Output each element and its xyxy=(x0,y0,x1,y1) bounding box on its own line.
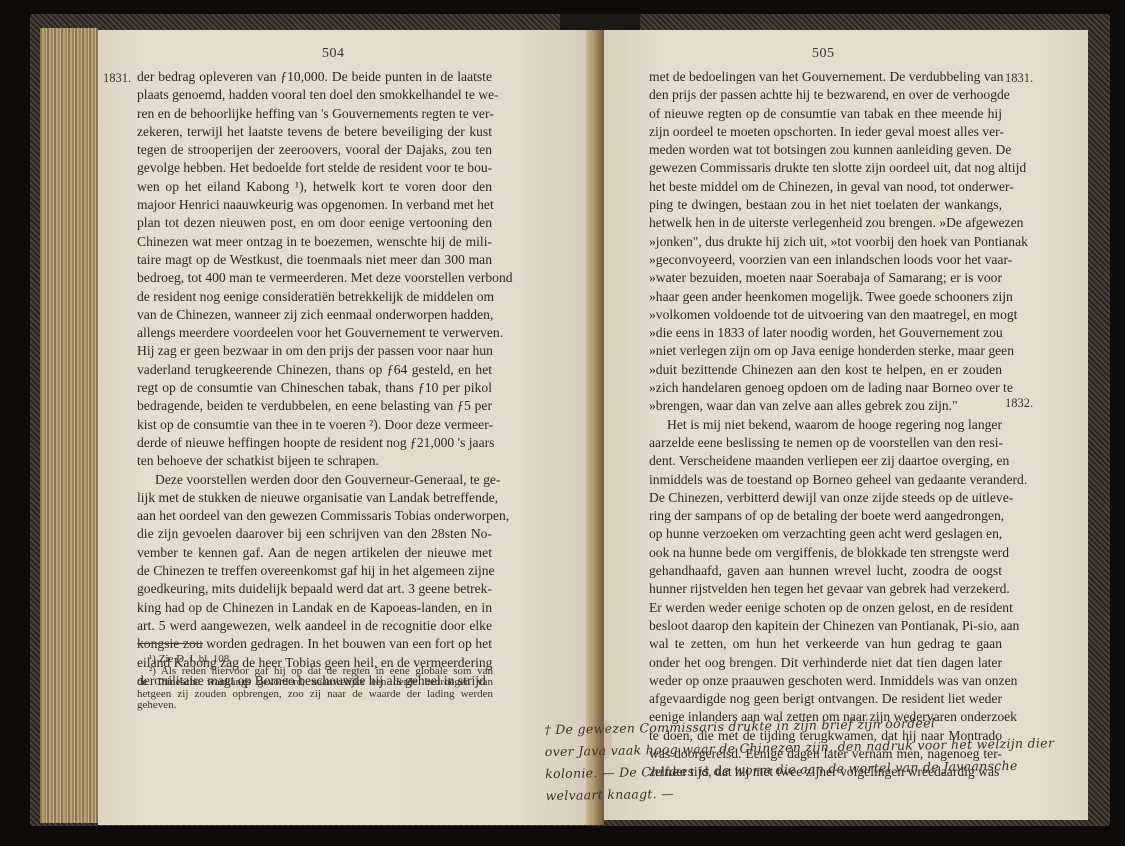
text-line: kist op de consumtie van thee in te voer… xyxy=(137,416,492,434)
text-line: wen op het eiland Kabong ¹), hetwelk kor… xyxy=(137,178,492,196)
text-line: plaats genoemd, hadden vooral ten doel d… xyxy=(137,86,492,104)
text-line: die zijn gevoelen daarover bij een schri… xyxy=(137,525,492,543)
text-line: Chinezen wat meer ontzag in te boezemen,… xyxy=(137,233,492,251)
paragraph: met de bedoelingen van het Gouvernement.… xyxy=(649,68,1002,416)
text-line: vaderland terugkeerende Chinezen, thans … xyxy=(137,361,492,379)
margin-year-left: 1831. xyxy=(103,71,131,86)
text-line: besloot daarop den kapitein der Chinezen… xyxy=(649,617,1002,635)
text-line: afgevaardigde nog geen berigt ontvangen.… xyxy=(649,690,1002,708)
paragraph: der bedrag opleveren van ƒ10,000. De bei… xyxy=(137,68,492,471)
text-line: »brengen, waar dan van zelve aan alles g… xyxy=(649,397,1002,415)
book-gutter xyxy=(586,30,604,825)
footnote-line: hetgeen zij zouden opbrengen, zoo zij na… xyxy=(137,689,493,701)
text-line: onder het oog brengen. Dit verhinderde n… xyxy=(649,654,1002,672)
text-line: king had op de Chinezen in Landak en de … xyxy=(137,599,492,617)
page-number-left: 504 xyxy=(322,46,345,62)
text-line: de Chinezen te treffen overeenkomst gaf … xyxy=(137,562,492,580)
text-line: aan het oordeel van den gewezen Commissa… xyxy=(137,507,492,525)
text-line: Deze voorstellen werden door den Gouvern… xyxy=(137,471,492,489)
text-line: het beste middel om de Chinezen, in geva… xyxy=(649,178,1002,196)
text-line: inmiddels was de toestand op Borneo gehe… xyxy=(649,471,1002,489)
text-line: de resident nog eenige consideratiën bet… xyxy=(137,288,492,306)
text-line: majoor Henrici naauwkeurig was opgenomen… xyxy=(137,196,492,214)
margin-year-1831: 1831. xyxy=(1005,71,1033,86)
page-edges xyxy=(40,28,98,823)
text-line: »water bezuiden, moeten naar Soerabaja o… xyxy=(649,269,1002,287)
text-line: Er werden weder eenige schoten op de onz… xyxy=(649,599,1002,617)
text-line: ping te dwingen, bestaan zou in het niet… xyxy=(649,196,1002,214)
text-line: ren en de behoorlijke heffing van 's Gou… xyxy=(137,105,492,123)
text-line: weder op onze praauwen geschoten werd. I… xyxy=(649,672,1002,690)
text-line: van de Chinezen, wanneer zij zich eenmaa… xyxy=(137,306,492,324)
text-line: plan tot dezen nieuwen post, en om door … xyxy=(137,214,492,232)
text-line: kongsie zou worden gedragen. In het bouw… xyxy=(137,635,492,653)
margin-year-1832: 1832. xyxy=(1005,396,1033,411)
text-line: gehandhaafd, gaven aan hunnen wrevel luc… xyxy=(649,562,1002,580)
text-line: »duit bezittende Chinezen aan den kost t… xyxy=(649,361,1002,379)
footnotes: ¹) Zie D. I, bl. 108.²) Als reden hiervo… xyxy=(137,654,493,712)
text-line: »niet verlegen zijn om op Java eenige ho… xyxy=(649,342,1002,360)
text-line: »haar geen ander heenkomen mogelijk. Twe… xyxy=(649,288,1002,306)
text-line: »die eens in 1833 of later noodig worden… xyxy=(649,324,1002,342)
text-line: den prijs der passen achtte hij te bezwa… xyxy=(649,86,1002,104)
text-line: gewezen Commissaris drukte ten slotte zi… xyxy=(649,159,1002,177)
text-line: hunner rijstvelden hen tegen het gevaar … xyxy=(649,580,1002,598)
text-line: aarzelde eene beslissing te nemen op de … xyxy=(649,434,1002,452)
text-line: op hunne verzoeken om verzachting geen a… xyxy=(649,525,1002,543)
right-page-body: met de bedoelingen van het Gouvernement.… xyxy=(649,68,1002,782)
text-line: goedkeuring, mits duidelijk bepaald werd… xyxy=(137,580,492,598)
text-line: derde of nieuwe heffingen hoopte de resi… xyxy=(137,434,492,452)
footnote-line: de Chinesche wankangs gevorderd, naauwel… xyxy=(137,677,493,689)
text-line: der bedrag opleveren van ƒ10,000. De bei… xyxy=(137,68,492,86)
text-line: tegen de strooperijen der zeeroovers, vo… xyxy=(137,141,492,159)
text-line: wal te zetten, om hun het verkeerde van … xyxy=(649,635,1002,653)
text-line: zijn oordeel te moeten opschorten. In ie… xyxy=(649,123,1002,141)
text-line: ring der sampans of op de betaling der b… xyxy=(649,507,1002,525)
footnote-line: geheven. xyxy=(137,700,493,712)
handwritten-annotation: † De gewezen Commissaris drukte in zijn … xyxy=(544,711,1015,807)
text-line: zekeren, terwijl het laatste tevens de b… xyxy=(137,123,492,141)
text-line: allengs meerdere voordeelen voor het Gou… xyxy=(137,324,492,342)
text-line: De Chinezen, verbitterd dewijl van onze … xyxy=(649,489,1002,507)
text-line: »volkomen voldoende tot de uitvoering va… xyxy=(649,306,1002,324)
page-stain xyxy=(598,720,612,760)
text-line: bedragende, beiden te verdubbelen, en ee… xyxy=(137,397,492,415)
text-line: lijk met de stukken de nieuwe organisati… xyxy=(137,489,492,507)
text-line: dent. Verscheidene maanden verliepen eer… xyxy=(649,452,1002,470)
text-line: »jonken", dus drukte hij zich uit, »tot … xyxy=(649,233,1002,251)
text-line: ten behoeve der schatkist bijeen te schr… xyxy=(137,452,492,470)
text-line: bedroeg, tot 400 man te vermeerderen. Me… xyxy=(137,269,492,287)
left-page-body: der bedrag opleveren van ƒ10,000. De bei… xyxy=(137,68,492,690)
text-line: »geconvoyeerd, voorzien van een inlandsc… xyxy=(649,251,1002,269)
text-line: »zich handelaren genoeg opdoen om de lad… xyxy=(649,379,1002,397)
text-line: meden worden wat tot botsingen zou kunne… xyxy=(649,141,1002,159)
text-line: Het is mij niet bekend, waarom de hooge … xyxy=(649,416,1002,434)
page-number-right: 505 xyxy=(812,46,835,62)
text-line: regt op de consumtie van Chineschen taba… xyxy=(137,379,492,397)
text-line: met de bedoelingen van het Gouvernement.… xyxy=(649,68,1002,86)
text-line: hetwelk hen in de uiterste verlegenheid … xyxy=(649,214,1002,232)
text-line: Hij zag er geen bezwaar in om den prijs … xyxy=(137,342,492,360)
text-line: taire magt op de Westkust, die toenmaals… xyxy=(137,251,492,269)
footnote-rule xyxy=(137,643,203,644)
text-line: art. 5 werd aangewezen, welk aandeel in … xyxy=(137,617,492,635)
text-line: ook na hunne bede om vergiffenis, de blo… xyxy=(649,544,1002,562)
text-line: gevolge hebben. Het bedoelde fort stelde… xyxy=(137,159,492,177)
text-line: of nieuwe regten op de consumtie van tab… xyxy=(649,105,1002,123)
footnote-line: ¹) Zie D. I, bl. 108. xyxy=(137,654,493,666)
text-line: vember te kennen gaf. Aan de negen artik… xyxy=(137,544,492,562)
